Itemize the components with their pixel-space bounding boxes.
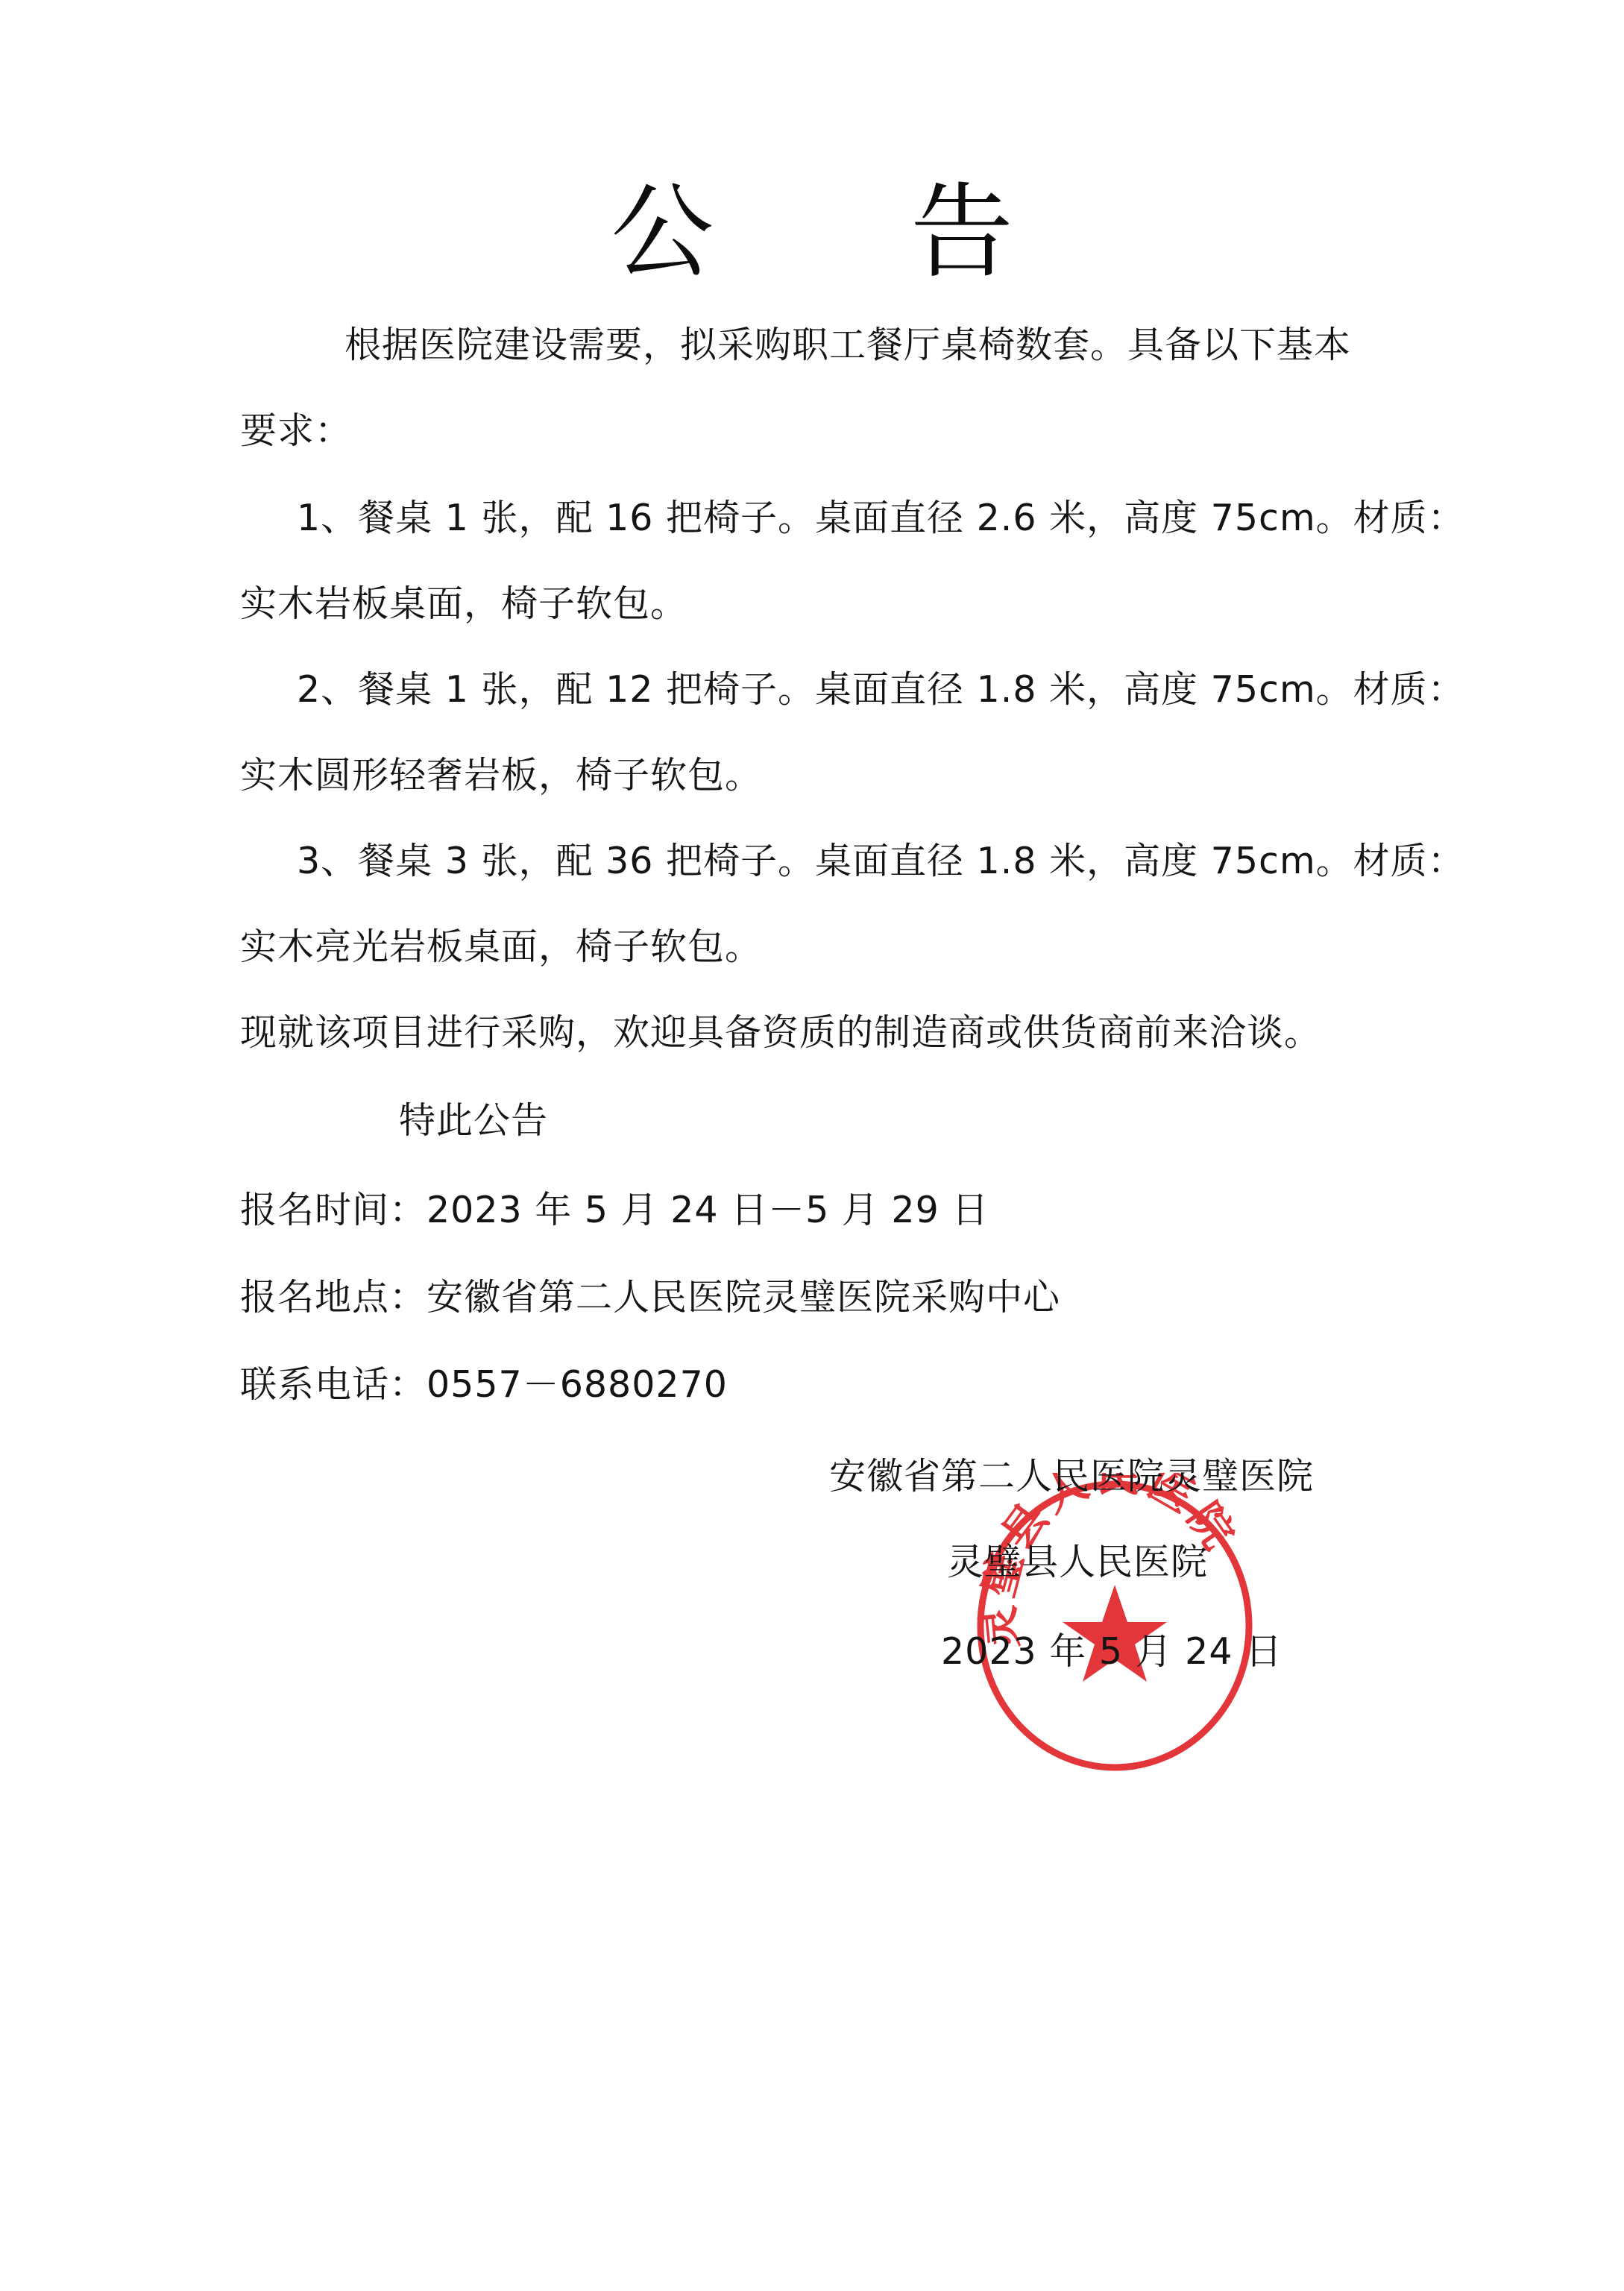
- page-title: 公 告: [0, 166, 1624, 300]
- invitation-text: 现就该项目进行采购，欢迎具备资质的制造商或供货商前来洽谈。: [240, 1007, 1321, 1059]
- requirement-item-3-line-2: 实木亮光岩板桌面，椅子软包。: [240, 921, 762, 973]
- intro-line-2: 要求：: [240, 405, 352, 457]
- requirement-item-1-line-1: 1、餐桌 1 张，配 16 把椅子。桌面直径 2.6 米，高度 75cm。材质：: [297, 492, 1465, 544]
- registration-time: 报名时间：2023 年 5 月 24 日－5 月 29 日: [240, 1184, 989, 1236]
- seal-graphic: 灵璧县人民医院: [966, 1473, 1264, 1771]
- official-seal: 灵璧县人民医院: [966, 1473, 1264, 1771]
- requirement-item-1-line-2: 实木岩板桌面，椅子软包。: [240, 578, 687, 630]
- signature-org-1: 安徽省第二人民医院灵璧医院: [829, 1451, 1314, 1503]
- document-page: 公 告 根据医院建设需要，拟采购职工餐厅桌椅数套。具备以下基本 要求： 1、餐桌…: [0, 0, 1624, 2291]
- contact-phone: 联系电话：0557－6880270: [240, 1359, 728, 1411]
- intro-line-1: 根据医院建设需要，拟采购职工餐厅桌椅数套。具备以下基本: [344, 319, 1351, 371]
- signature-org-2: 灵璧县人民医院: [947, 1536, 1208, 1588]
- registration-place: 报名地点：安徽省第二人民医院灵璧医院采购中心: [240, 1272, 1060, 1324]
- closing-text: 特此公告: [399, 1095, 548, 1147]
- signature-date: 2023 年 5 月 24 日: [941, 1626, 1282, 1678]
- requirement-item-2-line-1: 2、餐桌 1 张，配 12 把椅子。桌面直径 1.8 米，高度 75cm。材质：: [297, 664, 1465, 716]
- requirement-item-3-line-1: 3、餐桌 3 张，配 36 把椅子。桌面直径 1.8 米，高度 75cm。材质：: [297, 835, 1465, 887]
- requirement-item-2-line-2: 实木圆形轻奢岩板，椅子软包。: [240, 749, 762, 802]
